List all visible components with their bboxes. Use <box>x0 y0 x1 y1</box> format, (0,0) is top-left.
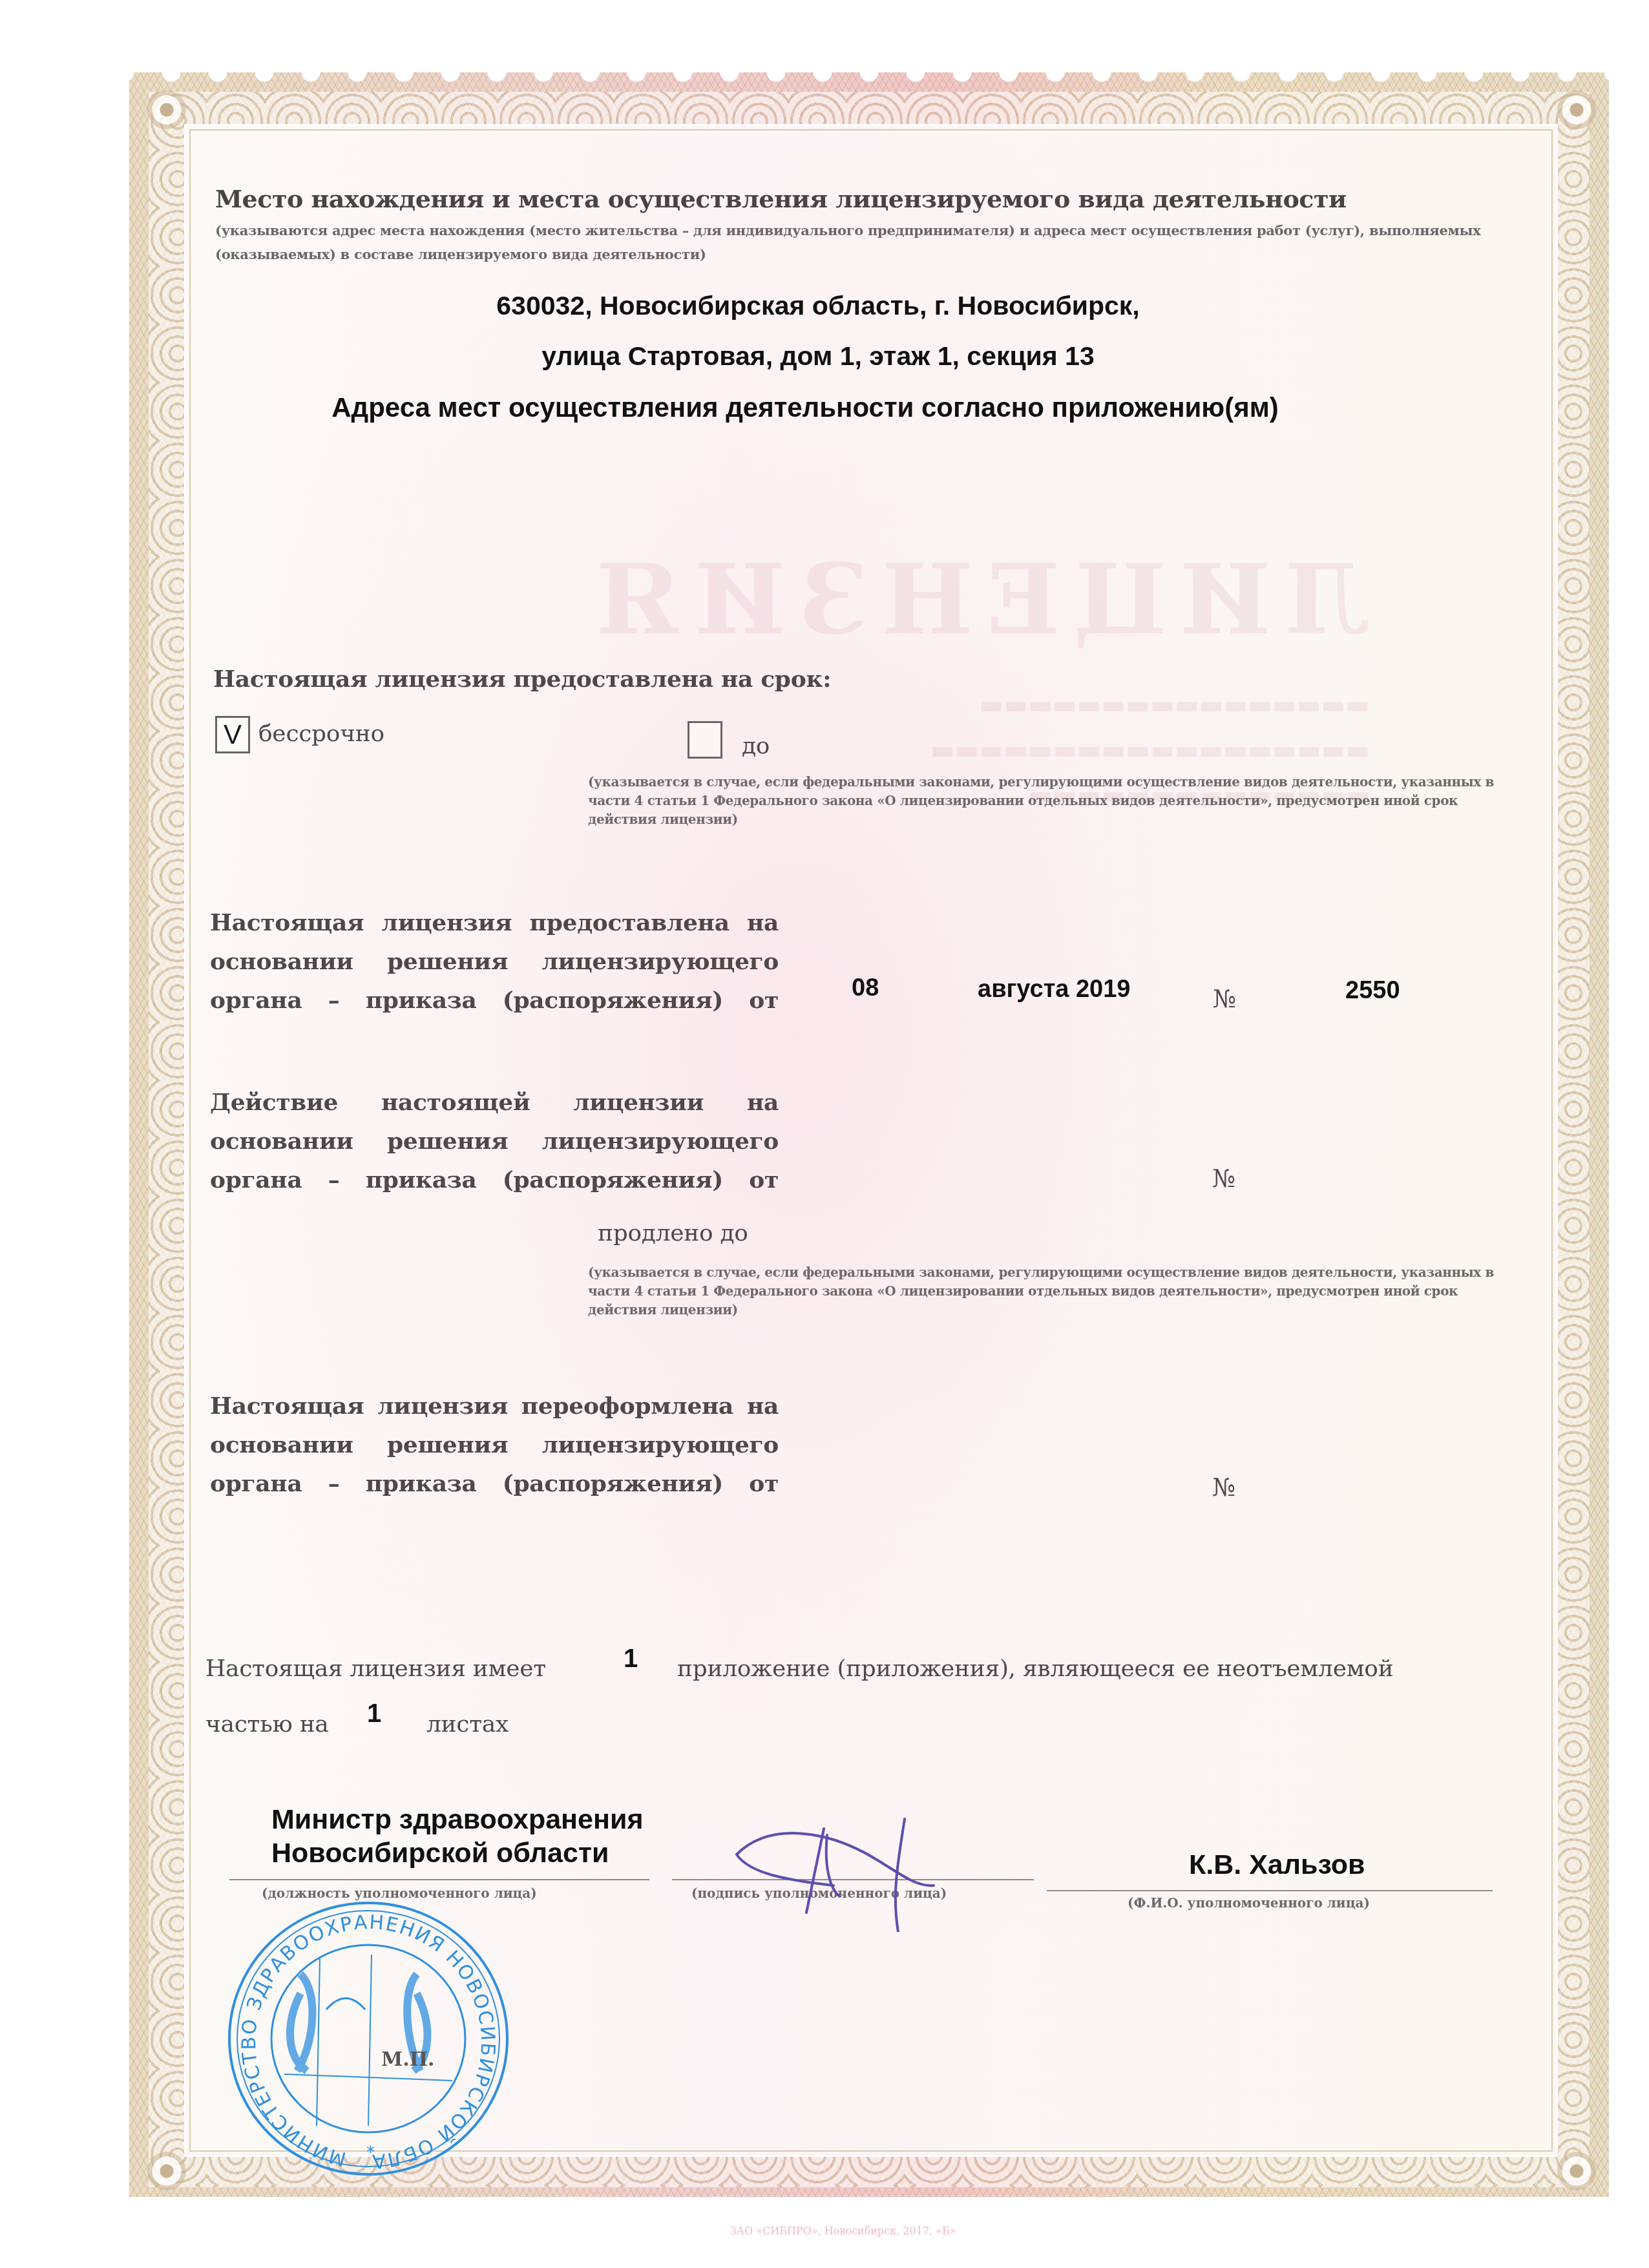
granted-basis-text: Настоящая лицензия предоставлена на осно… <box>210 903 779 1020</box>
location-heading-note: (указываются адрес места нахождения (мес… <box>215 218 1527 266</box>
official-seal-icon: МИНИСТЕРСТВО ЗДРАВООХРАНЕНИЯ НОВОСИБИРСК… <box>223 1896 514 2181</box>
signer-position: Министр здравоохранения Новосибирской об… <box>271 1803 644 1870</box>
check-mark-icon: V <box>224 719 242 750</box>
location-heading: Место нахождения и места осуществления л… <box>215 184 1347 213</box>
name-caption: (Ф.И.О. уполномоченного лица) <box>1128 1895 1370 1911</box>
sheets-prefix: частью на <box>205 1711 328 1738</box>
signer-name: К.В. Хальзов <box>1189 1849 1365 1881</box>
appendix-suffix: приложение (приложения), являющееся ее н… <box>677 1655 1393 1682</box>
granted-number-sign: № <box>1213 985 1236 1013</box>
corner-rosette-icon <box>1557 2152 1596 2190</box>
address-line-2: улица Стартовая, дом 1, этаж 1, секция 1… <box>0 341 1643 372</box>
extension-basis-text: Действие настоящей лицензии на основании… <box>210 1083 779 1199</box>
perpetual-label: бессрочно <box>258 720 384 747</box>
granted-order-month-year: августа 2019 <box>978 976 1130 1003</box>
perpetual-checkbox[interactable]: V <box>215 716 250 753</box>
until-label: до <box>742 733 770 759</box>
name-line <box>1047 1890 1493 1891</box>
corner-rosette-icon <box>1557 90 1596 129</box>
granted-order-day: 08 <box>852 974 879 1002</box>
handwritten-signature-icon <box>711 1803 1047 1932</box>
position-line <box>229 1879 649 1880</box>
address-line-1: 630032, Новосибирская область, г. Новоси… <box>0 291 1643 321</box>
reissue-basis-text: Настоящая лицензия переоформлена на осно… <box>210 1387 779 1503</box>
extended-until-label: продлено до <box>598 1220 748 1246</box>
reissue-number-sign: № <box>1212 1473 1235 1502</box>
granted-order-number: 2550 <box>1345 977 1400 1005</box>
until-checkbox[interactable] <box>688 721 722 759</box>
address-line-3: Адреса мест осуществления деятельности с… <box>0 392 1630 423</box>
printer-imprint: ЗАО «СИБПРО», Новосибирск, 2017, «Б» <box>730 2225 956 2237</box>
extension-number-sign: № <box>1212 1164 1235 1193</box>
term-title: Настоящая лицензия предоставлена на срок… <box>213 666 831 693</box>
sheets-count: 1 <box>367 1699 381 1728</box>
sheets-suffix: листах <box>426 1711 509 1738</box>
svg-text:*: * <box>366 2143 375 2163</box>
term-note: (указывается в случае, если федеральными… <box>588 773 1512 829</box>
appendix-count: 1 <box>624 1644 638 1674</box>
seal-place-label: М.П. <box>381 2048 434 2071</box>
appendix-prefix: Настоящая лицензия имеет <box>205 1655 546 1682</box>
corner-rosette-icon <box>147 90 186 129</box>
corner-rosette-icon <box>147 2152 186 2190</box>
extension-note: (указывается в случае, если федеральными… <box>588 1263 1512 1319</box>
